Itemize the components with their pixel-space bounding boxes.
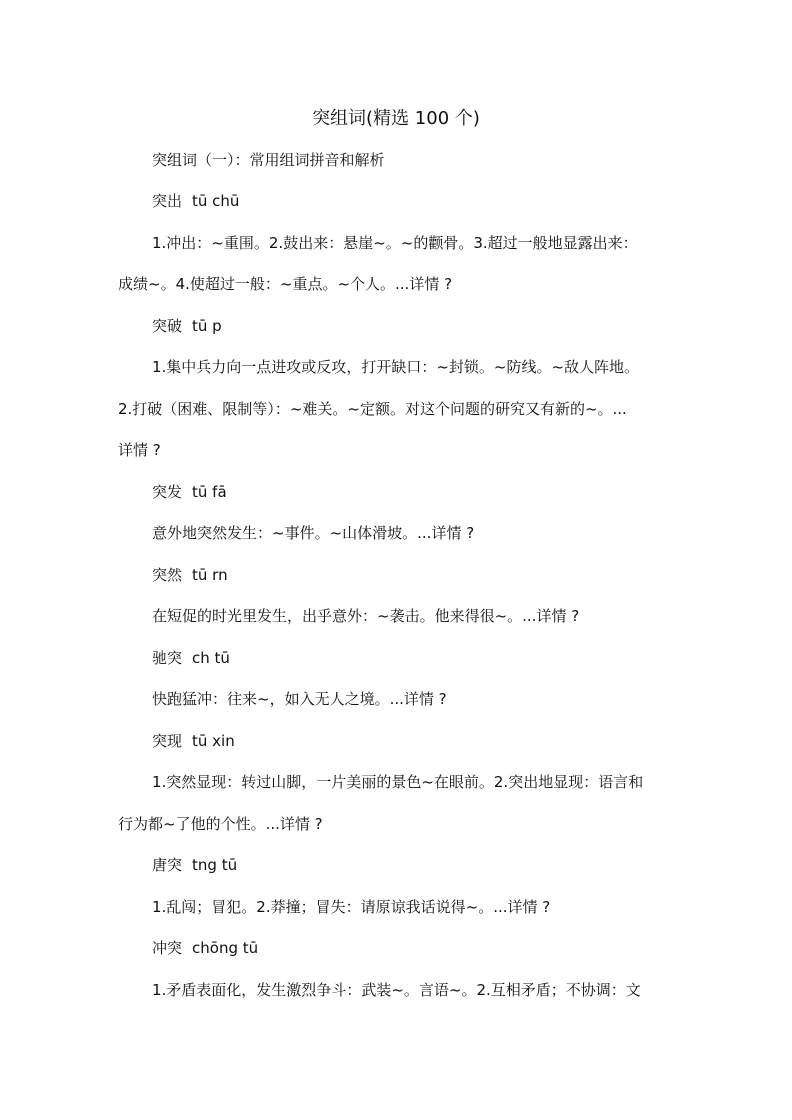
entry-heading: 唐突tng tū — [152, 855, 237, 875]
entry-definition-line: 1.乱闯；冒犯。2.莽撞；冒失：请原谅我话说得~。...详情 ? — [152, 897, 550, 917]
entry-definition-line: 2.打破（困难、限制等）：~难关。~定额。对这个问题的研究又有新的~。... — [118, 399, 627, 419]
entry-pinyin: tng tū — [192, 856, 237, 874]
entry-heading: 突破tū p — [152, 316, 222, 336]
entry-word: 突然 — [152, 566, 182, 584]
entry-definition-line: 1.矛盾表面化，发生激烈争斗：武装~。言语~。2.互相矛盾；不协调：文 — [152, 980, 641, 1000]
entry-pinyin: tū fā — [192, 483, 227, 501]
entry-word: 突出 — [152, 192, 182, 210]
entry-word: 唐突 — [152, 856, 182, 874]
entry-pinyin: tū p — [192, 317, 222, 335]
entry-pinyin: tū chū — [192, 192, 239, 210]
entry-heading: 突发tū fā — [152, 482, 227, 502]
entry-definition-line: 1.集中兵力向一点进攻或反攻，打开缺口：~封锁。~防线。~敌人阵地。 — [152, 357, 639, 377]
entry-pinyin: tū xin — [192, 732, 235, 750]
entry-heading: 突出tū chū — [152, 191, 239, 211]
section-subtitle: 突组词（一）：常用组词拼音和解析 — [152, 150, 385, 170]
entry-pinyin: tū rn — [192, 566, 228, 584]
entry-definition-line: 快跑猛冲：往来~，如入无人之境。...详情 ? — [152, 689, 447, 709]
entry-definition-line: 成绩~。4.使超过一般：~重点。~个人。...详情 ? — [118, 274, 452, 294]
entry-definition-line: 详情 ? — [118, 440, 161, 460]
entry-pinyin: chōng tū — [192, 939, 258, 957]
entry-heading: 冲突chōng tū — [152, 938, 258, 958]
entry-definition-line: 1.突然显现：转过山脚，一片美丽的景色~在眼前。2.突出地显现：语言和 — [152, 772, 643, 792]
entry-word: 驰突 — [152, 649, 182, 667]
entry-definition-line: 意外地突然发生：~事件。~山体滑坡。...详情 ? — [152, 523, 474, 543]
entry-word: 突破 — [152, 317, 182, 335]
entry-definition-line: 1.冲出：~重围。2.鼓出来：悬崖~。~的颧骨。3.超过一般地显露出来： — [152, 233, 638, 253]
entry-heading: 突现tū xin — [152, 731, 235, 751]
document-page: 突组词(精选 100 个) 突组词（一）：常用组词拼音和解析 突出tū chū … — [0, 0, 792, 1120]
entry-definition-line: 在短促的时光里发生，出乎意外：~袭击。他来得很~。...详情 ? — [152, 606, 579, 626]
entry-heading: 驰突ch tū — [152, 648, 230, 668]
entry-word: 冲突 — [152, 939, 182, 957]
entry-heading: 突然tū rn — [152, 565, 228, 585]
entry-definition-line: 行为都~了他的个性。...详情 ? — [118, 814, 323, 834]
document-title: 突组词(精选 100 个) — [0, 107, 792, 131]
entry-pinyin: ch tū — [192, 649, 230, 667]
entry-word: 突现 — [152, 732, 182, 750]
entry-word: 突发 — [152, 483, 182, 501]
